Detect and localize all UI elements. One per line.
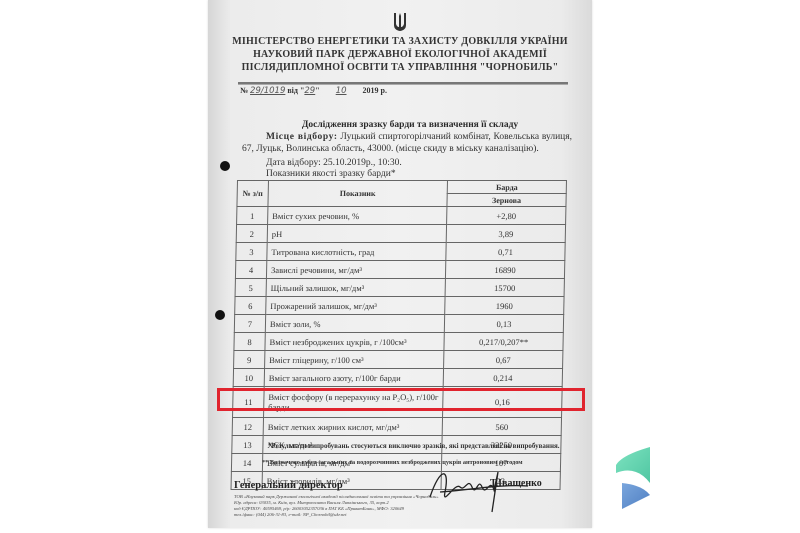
reg-from: від " (287, 86, 304, 95)
table-row: 5Щільний залишок, мг/дм³15700 (235, 279, 564, 297)
header-num: № з/п (237, 181, 269, 207)
table-row: 3Титрована кислотність, град0,71 (236, 243, 565, 261)
punch-hole (220, 161, 230, 171)
row-number: 4 (235, 261, 266, 279)
company-info-line: Юр. адреса: 03035, м. Київ, вул. Митропо… (234, 500, 389, 505)
table-row: 8Вміст незброджених цукрів, г /100см³0,2… (234, 333, 563, 351)
table-row: 6Прожарений залишок, мг/дм³1960 (235, 297, 564, 315)
row-indicator: Вміст летких жирних кислот, мг/дм³ (263, 418, 442, 436)
company-info-line: код ЄДРПОУ: 40595469, р/р: 2600305235703… (234, 506, 404, 511)
brand-logo-icon (612, 443, 657, 513)
row-value: 560 (442, 418, 561, 436)
table-row: 1Вміст сухих речовин, %+2,80 (237, 207, 566, 225)
row-number: 12 (232, 418, 263, 436)
row-value: 0,71 (446, 243, 565, 261)
row-number: 8 (234, 333, 265, 351)
reg-month: 10 (324, 86, 359, 96)
row-number: 14 (231, 454, 262, 472)
footnote-1: *Результати випробувань стосуються виклю… (268, 442, 560, 450)
reg-number: 29/1019 (250, 86, 285, 96)
table-row: 10Вміст загального азоту, г/100г барди0,… (233, 369, 562, 387)
header-group: Барда (447, 181, 566, 194)
row-indicator: Вміст золи, % (265, 315, 444, 333)
table-row: 9Вміст гліцерину, г/100 см³0,67 (234, 351, 563, 369)
row-value: +2,80 (447, 207, 566, 225)
document-title: Дослідження зразку барди та визначення ї… (240, 120, 580, 130)
row-value: 0,13 (444, 315, 563, 333)
row-indicator: pH (267, 225, 446, 243)
table-row: 2pH3,89 (236, 225, 565, 243)
row-value: 0,214 (443, 369, 562, 387)
header-indicator: Показник (268, 181, 448, 207)
row-number: 9 (234, 351, 265, 369)
punch-hole (215, 310, 225, 320)
highlight-box (217, 388, 585, 411)
row-indicator: Вміст загального азоту, г/100г барди (264, 369, 443, 387)
row-indicator: Титрована кислотність, град (267, 243, 446, 261)
header-sub: Зернова (447, 194, 566, 207)
table-row: 7Вміст золи, %0,13 (234, 315, 563, 333)
row-number: 1 (237, 207, 268, 225)
row-indicator: Вміст незброджених цукрів, г /100см³ (265, 333, 444, 351)
row-indicator: Завислі речовини, мг/дм³ (266, 261, 445, 279)
company-info-line: ТОВ «Науковий парк Державної екологічної… (234, 494, 439, 499)
row-number: 2 (236, 225, 267, 243)
row-value: 16890 (445, 261, 564, 279)
row-value: 1960 (445, 297, 564, 315)
indicators-caption: Показники якості зразку барди* (266, 168, 596, 180)
row-indicator: Вміст гліцерину, г/100 см³ (265, 351, 444, 369)
row-number: 3 (236, 243, 267, 261)
header-rule (238, 82, 568, 85)
row-number: 7 (234, 315, 265, 333)
reg-year: 2019 р. (363, 86, 387, 95)
reg-day: 29 (304, 86, 315, 96)
row-number: 6 (235, 297, 266, 315)
company-info-line: тел./факс: (044) 206-31-83, e-mail: NP_C… (234, 512, 347, 517)
row-number: 5 (235, 279, 266, 297)
row-value: 0,217/0,207** (444, 333, 563, 351)
registration-line: № 29/1019 від "29" 10 2019 р. (240, 86, 387, 96)
sampling-place: Місце відбору: Луцький спиртогорілчаний … (242, 131, 572, 155)
director-title: Генеральний директор (234, 480, 343, 491)
reg-prefix: № (240, 86, 248, 95)
table-row: 4Завислі речовини, мг/дм³16890 (235, 261, 564, 279)
row-value: 0,67 (444, 351, 563, 369)
row-value: 15700 (445, 279, 564, 297)
row-number: 10 (233, 369, 264, 387)
place-label: Місце відбору: (266, 132, 338, 142)
reg-quote: " (315, 86, 319, 95)
signature (420, 462, 530, 517)
row-indicator: Вміст сухих речовин, % (268, 207, 447, 225)
org-line-1: МІНІСТЕРСТВО ЕНЕРГЕТИКИ ТА ЗАХИСТУ ДОВКІ… (220, 36, 580, 47)
org-line-2: НАУКОВИЙ ПАРК ДЕРЖАВНОЇ ЕКОЛОГІЧНОЇ АКАД… (220, 49, 580, 60)
row-value: 3,89 (446, 225, 565, 243)
row-number: 13 (232, 436, 263, 454)
table-row: 12Вміст летких жирних кислот, мг/дм³560 (232, 418, 561, 436)
trident-emblem-icon (393, 12, 407, 32)
row-indicator: Прожарений залишок, мг/дм³ (266, 297, 445, 315)
row-indicator: Щільний залишок, мг/дм³ (266, 279, 445, 297)
org-line-3: ПІСЛЯДИПЛОМНОЇ ОСВІТИ ТА УПРАВЛІННЯ "ЧОР… (220, 62, 580, 73)
